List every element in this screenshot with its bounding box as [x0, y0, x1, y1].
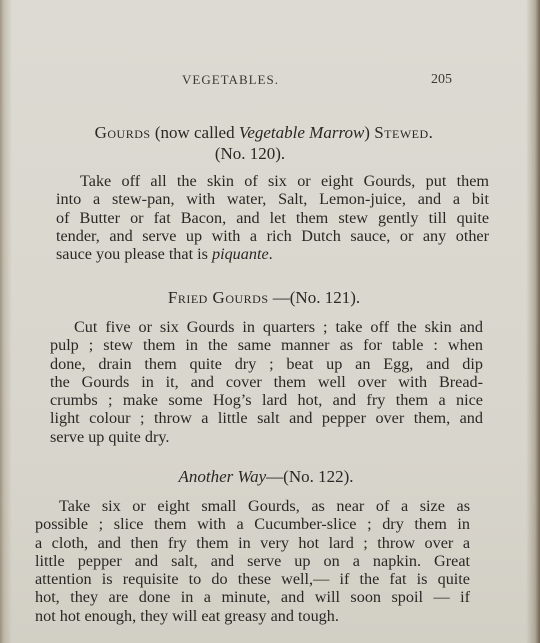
- recipe-121-heading-rest: —(No. 121).: [269, 288, 361, 307]
- recipe-120-line: of Butter or fat Bacon, and let them ste…: [56, 209, 489, 227]
- recipe-122-body: Take six or eight small Gourds, as near …: [35, 497, 470, 625]
- recipe-121-line: serve up quite dry.: [50, 428, 483, 446]
- recipe-121-line: done, drain them quite dry ; beat up an …: [50, 355, 483, 373]
- recipe-122-line: not hot enough, they will eat greasy and…: [35, 607, 470, 625]
- recipe-120-number: (No. 120).: [0, 143, 520, 164]
- book-page: VEGETABLES. 205 Gourds (now called Veget…: [0, 0, 540, 643]
- recipe-121-line: light colour ; throw a little salt and p…: [50, 409, 483, 427]
- recipe-122-line: possible ; slice them with a Cucumber-sl…: [35, 515, 470, 533]
- recipe-122-line: hot, they are done in a minute, and will…: [35, 588, 470, 606]
- recipe-120-line: sauce you please that is piquante.: [56, 245, 489, 263]
- recipe-122-line: little pepper and salt, and serve up on …: [35, 552, 470, 570]
- recipe-122-line: attention is requisite to do these well,…: [35, 570, 470, 588]
- running-title: VEGETABLES.: [182, 72, 279, 88]
- recipe-120-line: Take off all the skin of six or eight Go…: [56, 172, 489, 190]
- recipe-120-italic-word: piquante: [212, 245, 269, 263]
- recipe-122-line: a cloth, and then fry them in very hot l…: [35, 534, 470, 552]
- recipe-120-heading-paren-open: (now called: [151, 123, 239, 142]
- recipe-120-heading-suffix: Stewed.: [374, 123, 433, 142]
- running-head: VEGETABLES. 205: [0, 72, 540, 92]
- recipe-122-heading: Another Way—(No. 122).: [0, 466, 536, 487]
- recipe-120-line: into a stew-pan, with water, Salt, Lemon…: [56, 190, 489, 208]
- recipe-121-heading-sc: Fried Gourds: [168, 288, 269, 307]
- recipe-122-heading-rest: —(No. 122).: [266, 467, 353, 486]
- page-number: 205: [431, 72, 452, 88]
- recipe-122-line: Take six or eight small Gourds, as near …: [35, 497, 470, 515]
- recipe-120-heading-paren-close: ): [364, 123, 374, 142]
- recipe-121-line: pulp ; stew them in the same manner as f…: [50, 336, 483, 354]
- recipe-121-line: Cut five or six Gourds in quarters ; tak…: [50, 318, 483, 336]
- recipe-120-body: Take off all the skin of six or eight Go…: [56, 172, 489, 263]
- recipe-121-body: Cut five or six Gourds in quarters ; tak…: [50, 318, 483, 446]
- recipe-121-heading: Fried Gourds —(No. 121).: [0, 287, 534, 308]
- recipe-121-line: crumbs ; make some Hog’s lard hot, and f…: [50, 391, 483, 409]
- recipe-121-line: the Gourds in it, and cover them well ov…: [50, 373, 483, 391]
- recipe-120-period: .: [269, 245, 273, 263]
- recipe-120-heading: Gourds (now called Vegetable Marrow) Ste…: [0, 122, 534, 143]
- recipe-120-heading-italic: Vegetable Marrow: [239, 123, 364, 142]
- recipe-120-line: tender, and serve up with a rich Dutch s…: [56, 227, 489, 245]
- recipe-120-heading-prefix: Gourds: [95, 123, 151, 142]
- recipe-122-heading-italic: Another Way: [178, 467, 266, 486]
- recipe-120-last-text: sauce you please that is: [56, 245, 212, 263]
